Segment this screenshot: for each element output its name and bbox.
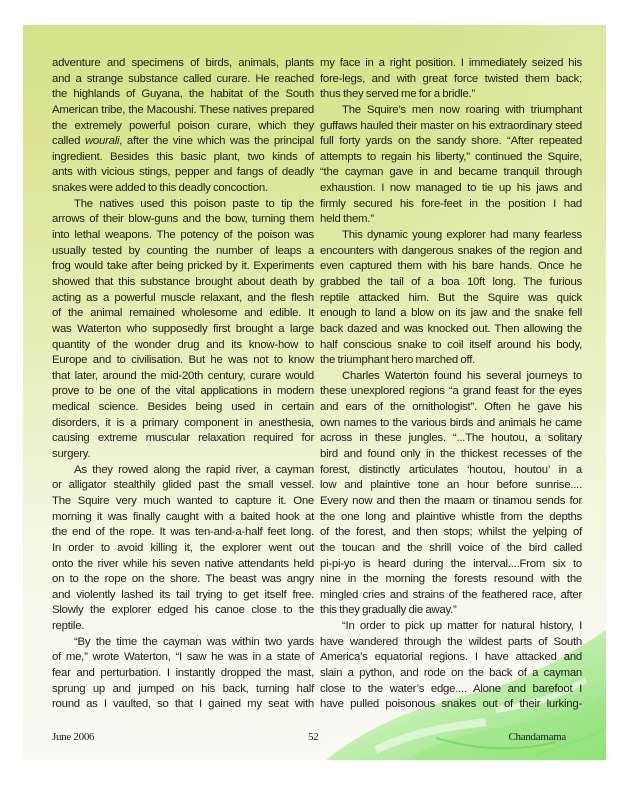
- text-line: exhaustion. I now managed to tie up his …: [320, 181, 582, 197]
- text-line: on to the rope on the shore. The beast w…: [52, 572, 314, 588]
- text-line: the toucan and the shrill voice of the b…: [320, 541, 582, 557]
- text-line: sprung up and jumped on his back, turnin…: [52, 682, 314, 698]
- emphasized-term: wourali: [85, 135, 119, 147]
- text-line: low and plaintive tone an hour before su…: [320, 478, 582, 494]
- text-line: the highlands of Guyana, the habitat of …: [52, 87, 314, 103]
- text-line: frog would take after being pricked by i…: [52, 259, 314, 275]
- issue-date: June 2006: [52, 731, 94, 743]
- text-line: was Waterton who supposedly first brough…: [52, 322, 314, 338]
- text-line: grabbed the tail of a boa 10ft long. The…: [320, 275, 582, 291]
- text-line: called wourali, after the vine which was…: [52, 134, 314, 150]
- text-line: half conscious snake to coil itself arou…: [320, 338, 582, 354]
- text-line: snakes were added to this deadly concoct…: [52, 181, 314, 197]
- text-line: The natives used this poison paste to ti…: [52, 197, 314, 213]
- text-line: have pulled poisonous snakes out of thei…: [320, 697, 582, 713]
- text-line: onto the river while his seven native at…: [52, 557, 314, 573]
- text-line: round as I vaulted, so that I gained my …: [52, 697, 314, 713]
- text-line: the extremely powerful poison curare, wh…: [52, 119, 314, 135]
- text-line: The Squire very much wanted to capture i…: [52, 494, 314, 510]
- text-line: As they rowed along the rapid river, a c…: [52, 463, 314, 479]
- text-line: slain a python, and rode on the back of …: [320, 666, 582, 682]
- text-line: fore-legs, and with great force twisted …: [320, 72, 582, 88]
- text-line: causing extreme muscular relaxation requ…: [52, 431, 314, 447]
- text-line: or alligator stealthily glided past the …: [52, 478, 314, 494]
- text-line: Slowly the explorer edged his canoe clos…: [52, 603, 314, 619]
- text-line: pi-pi-yo is heard during the interval...…: [320, 557, 582, 573]
- text-line: Every now and then the maam or tinamou s…: [320, 494, 582, 510]
- text-line: nine in the morning the forests resound …: [320, 572, 582, 588]
- text-line: fear and perturbation. I instantly dropp…: [52, 666, 314, 682]
- text-line: America’s equatorial regions. I have att…: [320, 650, 582, 666]
- text-line: reptile attacked him. But the Squire was…: [320, 291, 582, 307]
- text-line: my face in a right position. I immediate…: [320, 56, 582, 72]
- text-line: close to the water’s edge.... Alone and …: [320, 682, 582, 698]
- text-line: that later, around the mid-20th century,…: [52, 369, 314, 385]
- text-line: acting as a powerful muscle relaxant, an…: [52, 291, 314, 307]
- text-line: this they gradually die away.”: [320, 603, 582, 619]
- text-line: thus they served me for a bridle.”: [320, 87, 582, 103]
- magazine-name: Chandamama: [509, 731, 566, 743]
- text-line: Europe and to civilisation. But he was n…: [52, 353, 314, 369]
- text-line: have wandered through the wildest parts …: [320, 635, 582, 651]
- text-line: quantity of the wonder drug and its know…: [52, 338, 314, 354]
- text-line: and a strange substance called curare. H…: [52, 72, 314, 88]
- text-line: The Squire’s men now roaring with triump…: [320, 103, 582, 119]
- text-line: guffaws hauled their master on his extra…: [320, 119, 582, 135]
- text-line: enough to land a blow on its jaw and the…: [320, 306, 582, 322]
- text-line: full forty yards on the sandy shore. “Af…: [320, 134, 582, 150]
- text-line: attempts to regain his liberty,” continu…: [320, 150, 582, 166]
- text-fragment: called: [52, 135, 85, 147]
- text-line: surgery.: [52, 447, 314, 463]
- text-line: mingled cries and strains of the feather…: [320, 588, 582, 604]
- text-line: In order to avoid killing it, the explor…: [52, 541, 314, 557]
- text-line: arrows of their blow-guns and the bow, t…: [52, 212, 314, 228]
- text-line: “By the time the cayman was within two y…: [52, 635, 314, 651]
- text-line: across in these jungles. “...The houtou,…: [320, 431, 582, 447]
- text-line: even captured them with his bare hands. …: [320, 259, 582, 275]
- text-line: adventure and specimens of birds, animal…: [52, 56, 314, 72]
- text-line: showed that this substance brought about…: [52, 275, 314, 291]
- text-line: This dynamic young explorer had many fea…: [320, 228, 582, 244]
- text-line: back dazed and was knocked out. Then all…: [320, 322, 582, 338]
- text-line: ants with vicious stings, pepper and fan…: [52, 165, 314, 181]
- text-line: “In order to pick up matter for natural …: [320, 619, 582, 635]
- text-line: of the forest, and then stops; whilst th…: [320, 525, 582, 541]
- text-line: American tribe, the Macoushi. These nati…: [52, 103, 314, 119]
- text-line: into lethal weapons. The potency of the …: [52, 228, 314, 244]
- text-line: own names to the various birds and anima…: [320, 416, 582, 432]
- text-line: Charles Waterton found his several journ…: [320, 369, 582, 385]
- text-line: bird and found only in the thickest rece…: [320, 447, 582, 463]
- text-line: reptile.: [52, 619, 314, 635]
- article-column-right: my face in a right position. I immediate…: [320, 56, 582, 713]
- text-line: “the cayman gave in and became tranquil …: [320, 165, 582, 181]
- text-line: and ears of the ornithologist”. Often he…: [320, 400, 582, 416]
- text-line: and violently lashed its tail trying to …: [52, 588, 314, 604]
- text-line: morning it was finally caught with a bai…: [52, 510, 314, 526]
- text-line: the triumphant hero marched off.: [320, 353, 582, 369]
- text-line: prove to be one of the vital application…: [52, 384, 314, 400]
- text-line: these unexplored regions “a grand feast …: [320, 384, 582, 400]
- text-line: firmly secured his fore-feet in the posi…: [320, 197, 582, 213]
- text-line: of the animal remained wholesome and edi…: [52, 306, 314, 322]
- text-line: held them.”: [320, 212, 582, 228]
- magazine-page: adventure and specimens of birds, animal…: [23, 25, 606, 760]
- text-line: the end of the rope. It was ten-and-a-ha…: [52, 525, 314, 541]
- text-line: medical science. Besides being used in c…: [52, 400, 314, 416]
- text-line: the one long and plaintive whistle from …: [320, 510, 582, 526]
- text-line: of me,” wrote Waterton, “I saw he was in…: [52, 650, 314, 666]
- article-column-left: adventure and specimens of birds, animal…: [52, 56, 314, 713]
- text-line: ingredient. Besides this basic plant, tw…: [52, 150, 314, 166]
- text-line: usually tested by counting the number of…: [52, 244, 314, 260]
- text-line: disorders, it is a primary component in …: [52, 416, 314, 432]
- text-fragment: , after the vine which was the principal: [119, 135, 314, 147]
- text-line: encounters with dangerous snakes of the …: [320, 244, 582, 260]
- text-line: forest, distinctly articulates ‘houtou, …: [320, 463, 582, 479]
- page-number: 52: [308, 731, 318, 743]
